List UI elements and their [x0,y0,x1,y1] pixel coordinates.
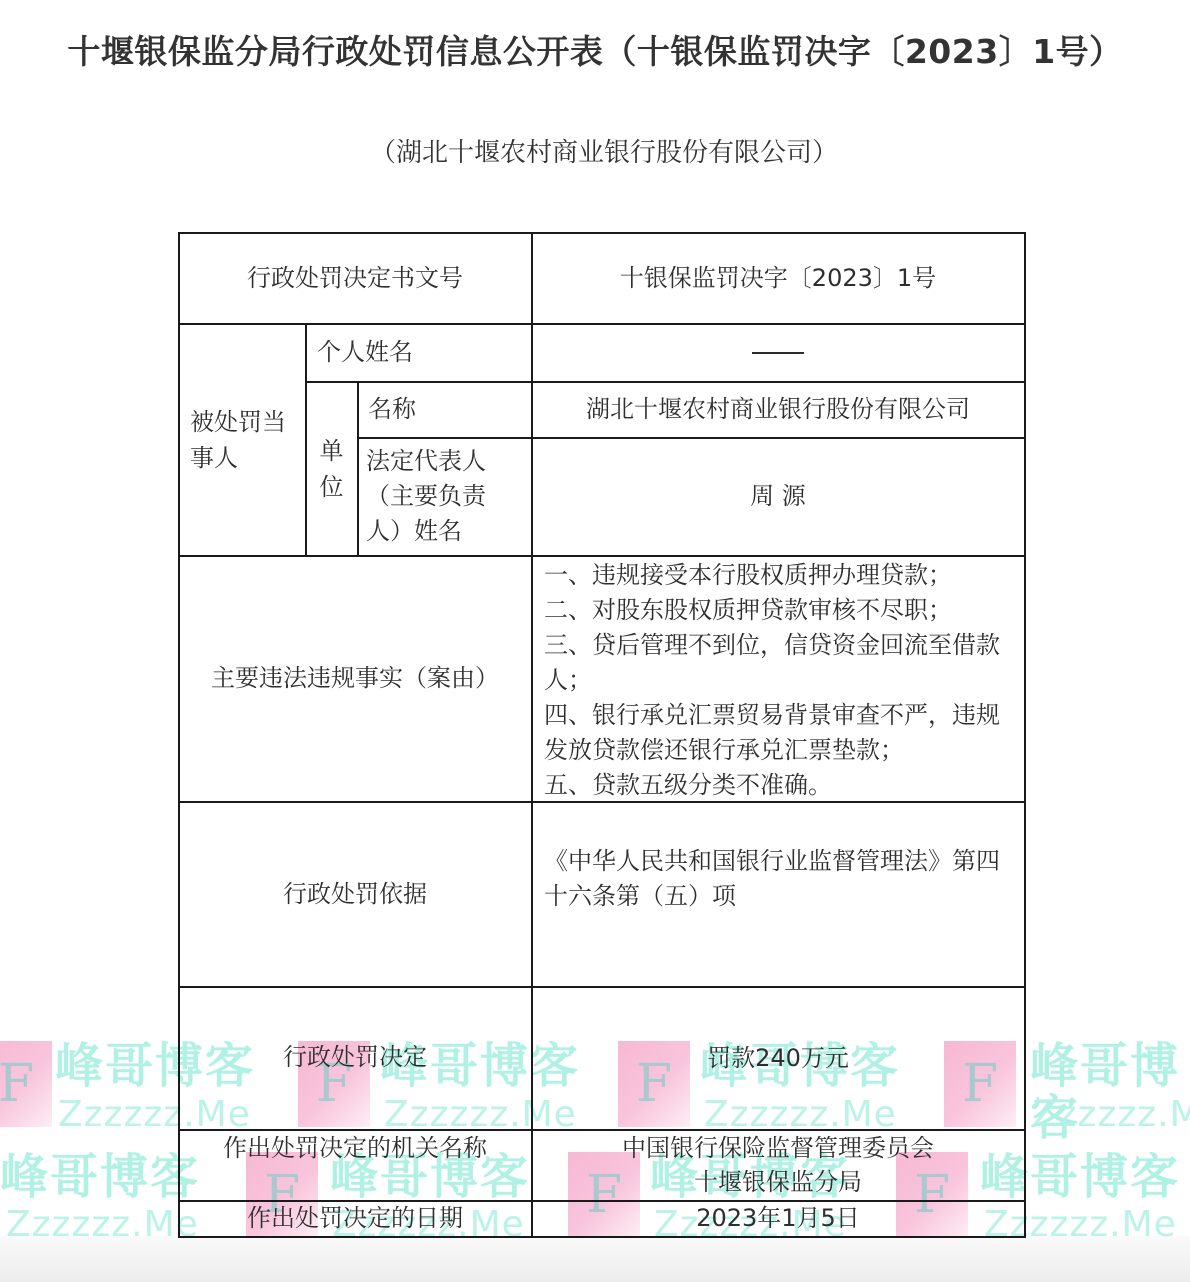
unit-label: 单位 [306,382,357,555]
decision-no-value: 十银保监罚决字〔2023〕1号 [532,233,1024,323]
individual-name-label: 个人姓名 [317,324,531,381]
facts-item: 一、违规接受本行股权质押办理贷款； [544,558,1012,593]
table-subcolumn-divider [357,381,359,555]
legal-rep-label: 法定代表人（主要负责人）姓名 [366,438,506,555]
decision-no-label: 行政处罚决定书文号 [179,233,531,323]
authority-value: 中国银行保险监督管理委员会 十堰银保监分局 [532,1130,1024,1200]
legal-basis-value: 《中华人民共和国银行业监督管理法》第四十六条第（五）项 [544,802,1016,986]
watermark-text: 峰哥博客 [0,1151,200,1203]
party-label-text: 被处罚当事人 [190,404,298,476]
table-border-bottom [178,1236,1026,1238]
penalty-decision-value: 罚款240万元 [532,987,1024,1129]
watermark-url: Zzzzzz.Me [1032,1095,1190,1135]
watermark-logo-icon: F [0,1041,52,1127]
individual-name-value [532,324,1024,381]
table-border-right [1024,232,1026,1237]
facts-item: 五、贷款五级分类不准确。 [544,768,1012,803]
penalty-decision-label: 行政处罚决定 [179,987,531,1129]
facts-item: 四、银行承兑汇票贸易背景审查不严，违规发放贷款偿还银行承兑汇票垫款； [544,698,1012,768]
watermark-text: 峰哥博客 [1030,1040,1190,1144]
authority-label: 作出处罚决定的机关名称 [179,1130,531,1166]
document-subtitle: （湖北十堰农村商业银行股份有限公司） [0,132,1190,169]
legal-basis-label: 行政处罚依据 [179,802,531,986]
authority-value-line2: 十堰银保监分局 [694,1165,862,1199]
penalty-decision-text: 罚款240万元 [707,1041,849,1076]
page-bottom-fade [0,1236,1190,1282]
facts-label: 主要违法违规事实（案由） [179,556,531,801]
empty-value-dash [752,352,804,354]
unit-name-label: 名称 [368,382,531,437]
authority-value-line1: 中国银行保险监督管理委员会 [622,1131,934,1165]
penalty-decision-label-text: 行政处罚决定 [283,1040,427,1075]
decision-date-value: 2023年1月5日 [532,1201,1024,1236]
legal-rep-value: 周 源 [532,438,1024,555]
party-label: 被处罚当事人 [190,324,302,555]
decision-date-label: 作出处罚决定的日期 [179,1201,531,1236]
document-title: 十堰银保监分局行政处罚信息公开表（十银保监罚决字〔2023〕1号） [0,26,1190,73]
unit-name-value: 湖北十堰农村商业银行股份有限公司 [532,382,1024,437]
facts-item: 三、贷后管理不到位，信贷资金回流至借款人； [544,628,1012,698]
unit-label-text: 单位 [319,433,345,505]
facts-list: 一、违规接受本行股权质押办理贷款； 二、对股东股权质押贷款审核不尽职； 三、贷后… [532,556,1024,801]
legal-rep-label-text: 法定代表人（主要负责人）姓名 [366,444,502,549]
legal-basis-text: 《中华人民共和国银行业监督管理法》第四十六条第（五）项 [544,844,1016,914]
facts-item: 二、对股东股权质押贷款审核不尽职； [544,593,1012,628]
